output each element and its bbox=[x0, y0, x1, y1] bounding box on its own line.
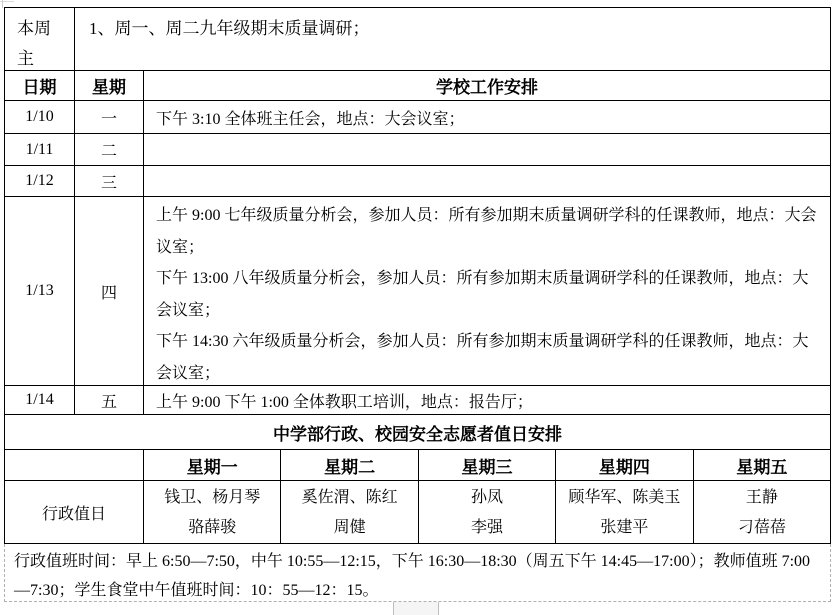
summary-label-line1: 本周主 bbox=[17, 14, 66, 70]
duty-name-line: 骆薛骏 bbox=[164, 513, 260, 543]
summary-content-cell: 1、周一、周二九年级期末质量调研； bbox=[75, 8, 830, 70]
duty-time-note: 行政值班时间：早上 6:50—7:50，中午 10:55—12:15，下午 16… bbox=[4, 544, 831, 602]
duty-header-fri: 星期五 bbox=[694, 450, 830, 480]
arrangement-cell: 上午 9:00 七年级质量分析会，参加人员：所有参加期末质量调研学科的任课教师，… bbox=[144, 197, 830, 385]
duty-cell-tue: 奚佐渭、陈红 周健 bbox=[281, 481, 418, 543]
duty-header-wed: 星期三 bbox=[419, 450, 556, 480]
duty-header-row: 星期一 星期二 星期三 星期四 星期五 bbox=[5, 450, 830, 481]
duty-row-label: 行政值日 bbox=[5, 481, 144, 543]
date-cell: 1/12 bbox=[5, 166, 75, 196]
date-cell: 1/13 bbox=[5, 197, 75, 385]
header-arrangement: 学校工作安排 bbox=[144, 71, 830, 100]
duty-header-thu: 星期四 bbox=[556, 450, 693, 480]
duty-name-line: 孙凤 bbox=[471, 483, 503, 513]
schedule-row-0112: 1/12 三 bbox=[5, 166, 830, 197]
schedule-item: 下午 14:30 六年级质量分析会，参加人员：所有参加期末质量调研学科的任课教师… bbox=[156, 326, 822, 385]
duty-name-line: 周健 bbox=[302, 513, 398, 543]
duty-name-line: 王静 bbox=[738, 483, 786, 513]
schedule-row-0114: 1/14 五 上午 9:00 下午 1:00 全体教职工培训，地点：报告厅； bbox=[5, 386, 830, 415]
duty-section-title: 中学部行政、校园安全志愿者值日安排 bbox=[5, 415, 830, 449]
duty-name-line: 奚佐渭、陈红 bbox=[302, 483, 398, 513]
weekday-cell: 二 bbox=[75, 134, 144, 165]
summary-label-cell: 本周主 要工作 bbox=[5, 8, 75, 70]
date-cell: 1/11 bbox=[5, 134, 75, 165]
arrangement-cell bbox=[144, 166, 830, 196]
duty-cell-wed: 孙凤 李强 bbox=[419, 481, 556, 543]
duty-cell-fri: 王静 刁蓓蓓 bbox=[694, 481, 830, 543]
document-page: { "summary": { "label_line1": "本周主", "la… bbox=[0, 0, 835, 615]
arrangement-cell: 下午 3:10 全体班主任会，地点：大会议室； bbox=[144, 101, 830, 133]
header-date: 日期 bbox=[5, 71, 75, 100]
duty-name-line: 钱卫、杨月琴 bbox=[164, 483, 260, 513]
date-cell: 1/10 bbox=[5, 101, 75, 133]
duty-names-row: 行政值日 钱卫、杨月琴 骆薛骏 奚佐渭、陈红 周健 孙凤 李强 顾华军、陈美玉 … bbox=[5, 481, 830, 544]
page-corner-mark-horizontal bbox=[0, 1, 14, 2]
schedule-item: 下午 13:00 八年级质量分析会，参加人员：所有参加期末质量调研学科的任课教师… bbox=[156, 263, 822, 326]
duty-name-line: 李强 bbox=[471, 513, 503, 543]
duty-title-row: 中学部行政、校园安全志愿者值日安排 bbox=[5, 415, 830, 450]
arrangement-cell: 上午 9:00 下午 1:00 全体教职工培训，地点：报告厅； bbox=[144, 386, 830, 414]
arrangement-cell bbox=[144, 134, 830, 165]
header-weekday: 星期 bbox=[75, 71, 144, 100]
duty-header-mon: 星期一 bbox=[144, 450, 281, 480]
duty-name-line: 张建平 bbox=[568, 513, 680, 543]
weekday-cell: 一 bbox=[75, 101, 144, 133]
weekday-cell: 五 bbox=[75, 386, 144, 414]
duty-name-line: 顾华军、陈美玉 bbox=[568, 483, 680, 513]
duty-cell-thu: 顾华军、陈美玉 张建平 bbox=[556, 481, 693, 543]
schedule-header-row: 日期 星期 学校工作安排 bbox=[5, 71, 830, 101]
schedule-row-0110: 1/10 一 下午 3:10 全体班主任会，地点：大会议室； bbox=[5, 101, 830, 134]
schedule-row-0113: 1/13 四 上午 9:00 七年级质量分析会，参加人员：所有参加期末质量调研学… bbox=[5, 197, 830, 386]
page-break-handle bbox=[393, 602, 439, 615]
schedule-item: 上午 9:00 七年级质量分析会，参加人员：所有参加期末质量调研学科的任课教师，… bbox=[156, 200, 822, 263]
date-cell: 1/14 bbox=[5, 386, 75, 414]
duty-header-tue: 星期二 bbox=[281, 450, 418, 480]
weekly-schedule-table: 本周主 要工作 1、周一、周二九年级期末质量调研； 日期 星期 学校工作安排 1… bbox=[4, 7, 831, 544]
duty-header-empty bbox=[5, 450, 144, 480]
schedule-row-0111: 1/11 二 bbox=[5, 134, 830, 166]
duty-name-line: 刁蓓蓓 bbox=[738, 513, 786, 543]
weekday-cell: 四 bbox=[75, 197, 144, 385]
duty-cell-mon: 钱卫、杨月琴 骆薛骏 bbox=[144, 481, 281, 543]
weekday-cell: 三 bbox=[75, 166, 144, 196]
summary-row: 本周主 要工作 1、周一、周二九年级期末质量调研； bbox=[5, 8, 830, 71]
